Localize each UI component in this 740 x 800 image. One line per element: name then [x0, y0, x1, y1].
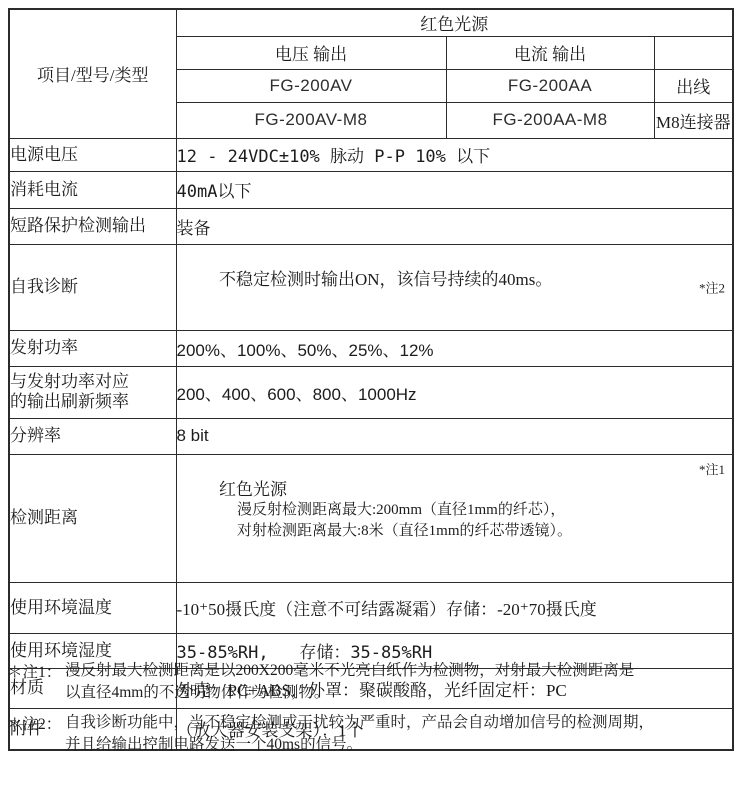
spec-row-self-diagnosis: 自我诊断 不稳定检测时输出ON，该信号持续的40ms。 *注2: [9, 244, 733, 330]
footnote-1: ＊注1： 漫反射最大检测距离是以200X200毫米不光亮白纸作为检测物，对射最大…: [7, 660, 735, 704]
spec-label: 短路保护检测输出: [9, 208, 176, 244]
spec-value: 12 - 24VDC±10% 脉动 P-P 10% 以下: [176, 138, 733, 171]
model-fg-200aa: FG-200AA: [446, 69, 654, 102]
spec-label: 发射功率: [9, 330, 176, 366]
spec-value: 200、400、600、800、1000Hz: [176, 366, 733, 418]
header-row-light-source: 项目/型号/类型 红色光源: [9, 9, 733, 36]
spec-sheet: 项目/型号/类型 红色光源 电压 输出 电流 输出 FG-200AV FG-20…: [0, 0, 740, 800]
footnote-2: ＊注2： 自我诊断功能中，当不稳定检测或干扰较为严重时，产品会自动增加信号的检测…: [7, 712, 735, 756]
spec-table: 项目/型号/类型 红色光源 电压 输出 电流 输出 FG-200AV FG-20…: [8, 8, 734, 751]
light-source-sublabel: 红色光源: [219, 475, 287, 500]
spec-row-ambient-temperature: 使用环境温度 -10⁺50摄氏度（注意不可结露凝霜）存储：-20⁺70摄氏度: [9, 582, 733, 633]
spec-label: 使用环境温度: [9, 582, 176, 633]
spec-value: 8 bit: [176, 418, 733, 454]
spec-row-short-circuit-protection: 短路保护检测输出 装备: [9, 208, 733, 244]
spec-label: 电源电压: [9, 138, 176, 171]
detection-distance-cell: 红色光源 漫反射检测距离最大:200mm（直径1mm的纤芯）， 对射检测距离最大…: [176, 454, 733, 582]
footnote-2-marker: ＊注2：: [7, 712, 65, 734]
spec-row-current-consumption: 消耗电流 40mA以下: [9, 171, 733, 208]
spec-value-text: 不稳定检测时输出ON，该信号持续的40ms。: [219, 270, 552, 289]
spec-row-resolution: 分辨率 8 bit: [9, 418, 733, 454]
model-fg-200av: FG-200AV: [176, 69, 446, 102]
lead-wire-label: 出线: [654, 69, 733, 102]
spec-value: 40mA以下: [176, 171, 733, 208]
spec-row-refresh-frequency: 与发射功率对应 的输出刷新频率 200、400、600、800、1000Hz: [9, 366, 733, 418]
spec-label: 自我诊断: [9, 244, 176, 330]
spec-label: 分辨率: [9, 418, 176, 454]
spec-value: 不稳定检测时输出ON，该信号持续的40ms。 *注2: [176, 244, 733, 330]
footnote-2-text: 自我诊断功能中，当不稳定检测或干扰较为严重时，产品会自动增加信号的检测周期， 并…: [65, 712, 735, 756]
spec-label: 检测距离: [9, 454, 176, 582]
m8-connector-label: M8连接器: [654, 102, 733, 138]
voltage-output-header: 电压 输出: [176, 36, 446, 69]
detection-distance-desc: 漫反射检测距离最大:200mm（直径1mm的纤芯）， 对射检测距离最大:8米（直…: [237, 500, 572, 542]
note-ref-1: *注1: [699, 459, 725, 478]
spec-row-supply-voltage: 电源电压 12 - 24VDC±10% 脉动 P-P 10% 以下: [9, 138, 733, 171]
spec-value: 装备: [176, 208, 733, 244]
footnote-1-marker: ＊注1：: [7, 660, 65, 682]
spec-label: 消耗电流: [9, 171, 176, 208]
footnote-1-text: 漫反射最大检测距离是以200X200毫米不光亮白纸作为检测物，对射最大检测距离是…: [65, 660, 735, 704]
outlet-header-empty-cell: [654, 36, 733, 69]
model-fg-200aa-m8: FG-200AA-M8: [446, 102, 654, 138]
model-fg-200av-m8: FG-200AV-M8: [176, 102, 446, 138]
note-ref-2: *注2: [699, 278, 725, 297]
corner-header: 项目/型号/类型: [9, 9, 176, 138]
spec-row-detection-distance: 检测距离 红色光源 漫反射检测距离最大:200mm（直径1mm的纤芯）， 对射检…: [9, 454, 733, 582]
spec-value: -10⁺50摄氏度（注意不可结露凝霜）存储：-20⁺70摄氏度: [176, 582, 733, 633]
spec-value: 200%、100%、50%、25%、12%: [176, 330, 733, 366]
spec-label: 与发射功率对应 的输出刷新频率: [9, 366, 176, 418]
spec-row-emission-power: 发射功率 200%、100%、50%、25%、12%: [9, 330, 733, 366]
current-output-header: 电流 输出: [446, 36, 654, 69]
light-source-header: 红色光源: [176, 9, 733, 36]
